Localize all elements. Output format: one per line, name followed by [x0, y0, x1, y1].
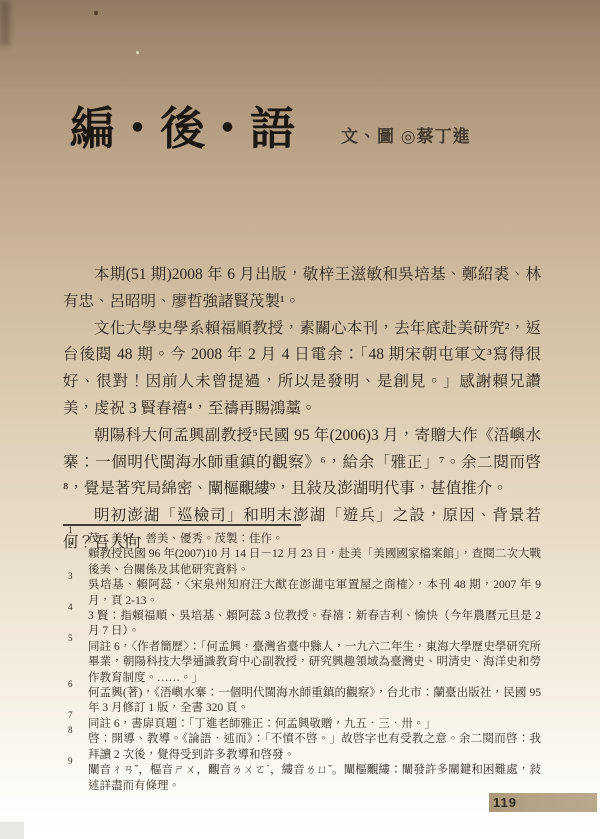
footnote-text: 啓：開導、教導。《論語．述而》：「不憤不啓。」故啓字也有受教之意。余二閱而啓：我…: [88, 733, 541, 760]
scanned-journal-page: 編・後・語 文、圖 ◎蔡丁進 本期(51 期)2008 年 6 月出版，敬梓王滋…: [0, 0, 600, 839]
title-block: 編・後・語 文、圖 ◎蔡丁進: [70, 106, 540, 151]
page-background: 編・後・語 文、圖 ◎蔡丁進 本期(51 期)2008 年 6 月出版，敬梓王滋…: [0, 0, 600, 839]
footnote-list: 1茂：美好、善美、優秀。茂製：佳作。 2賴教授民國 96 年(2007)10 月…: [63, 532, 541, 794]
footnote-text: 茂：美好、善美、優秀。茂製：佳作。: [88, 533, 284, 545]
footnote-text: 賴教授民國 96 年(2007)10 月 14 日－12 月 23 日，赴美「美…: [88, 548, 541, 575]
footnote: 3吳培基、賴阿蕊，〈宋泉州知府汪大猷在澎湖屯軍置屋之商榷〉，本刊 48 期，20…: [63, 578, 541, 609]
footnote-text: 3 賢：指賴福順、吳培基、賴阿蕊 3 位教授。春禧：新春吉利、愉快（今年農曆元旦…: [88, 610, 541, 637]
footnote: 43 賢：指賴福順、吳培基、賴阿蕊 3 位教授。春禧：新春吉利、愉快（今年農曆元…: [63, 609, 541, 640]
footnote-text: 吳培基、賴阿蕊，〈宋泉州知府汪大猷在澎湖屯軍置屋之商榷〉，本刊 48 期，200…: [88, 579, 541, 606]
footnote: 8啓：開導、教導。《論語．述而》：「不憤不啓。」故啓字也有受教之意。余二閱而啓：…: [63, 732, 541, 763]
body-text: 本期(51 期)2008 年 6 月出版，敬梓王滋敏和吳培基、鄭紹裘、林有忠、呂…: [63, 262, 541, 557]
page-number-strip: 119: [489, 793, 597, 812]
footnote: 6何孟興(著)，《浯嶼水寨：一個明代閩海水師重鎮的觀察》，台北市：蘭臺出版社，民…: [63, 686, 541, 717]
footnote: 9闡音ㄔㄢˇ，樞音ㄕㄨ，覼音ㄌㄨㄛˊ，縷音ㄌㄩˇ。闡樞覼縷：闡發許多關鍵和困難處…: [63, 763, 541, 794]
scan-corner-smudge: [0, 0, 10, 46]
footnote: 2賴教授民國 96 年(2007)10 月 14 日－12 月 23 日，赴美「…: [63, 547, 541, 578]
footnote: 7同註 6，書扉頁題：「丁進老師雅正：何孟興敬贈，九五．三．卅。」: [63, 717, 541, 732]
body-paragraph: 文化大學史學系賴福順教授，素關心本刊，去年底赴美研究²，返台後閱 48 期。今 …: [63, 316, 541, 423]
body-paragraph: 朝陽科大何孟興副教授⁵民國 95 年(2006)3 月，寄贈大作《浯嶼水寨：一個…: [63, 423, 541, 503]
body-paragraph: 本期(51 期)2008 年 6 月出版，敬梓王滋敏和吳培基、鄭紹裘、林有忠、呂…: [63, 262, 541, 316]
footnote-text: 同註 6，〈作者簡歷〉：「何孟興，臺灣省臺中縣人，一九六二年生，東海大學歷史學研…: [88, 641, 541, 684]
scan-speck-light: [136, 51, 139, 54]
footnote-separator: [63, 524, 301, 526]
footnote: 5同註 6，〈作者簡歷〉：「何孟興，臺灣省臺中縣人，一九六二年生，東海大學歷史學…: [63, 640, 541, 686]
footnote-text: 同註 6，書扉頁題：「丁進老師雅正：何孟興敬贈，九五．三．卅。」: [88, 718, 436, 730]
scan-speck-dark: [94, 11, 98, 15]
scan-corner-grey: [0, 822, 24, 839]
byline: 文、圖 ◎蔡丁進: [341, 122, 471, 151]
page-title: 編・後・語: [70, 106, 295, 151]
page-number: 119: [489, 795, 517, 810]
footnote: 1茂：美好、善美、優秀。茂製：佳作。: [63, 532, 541, 547]
footnote-text: 何孟興(著)，《浯嶼水寨：一個明代閩海水師重鎮的觀察》，台北市：蘭臺出版社，民國…: [88, 687, 541, 714]
footnote-text: 闡音ㄔㄢˇ，樞音ㄕㄨ，覼音ㄌㄨㄛˊ，縷音ㄌㄩˇ。闡樞覼縷：闡發許多關鍵和困難處，…: [88, 764, 541, 791]
